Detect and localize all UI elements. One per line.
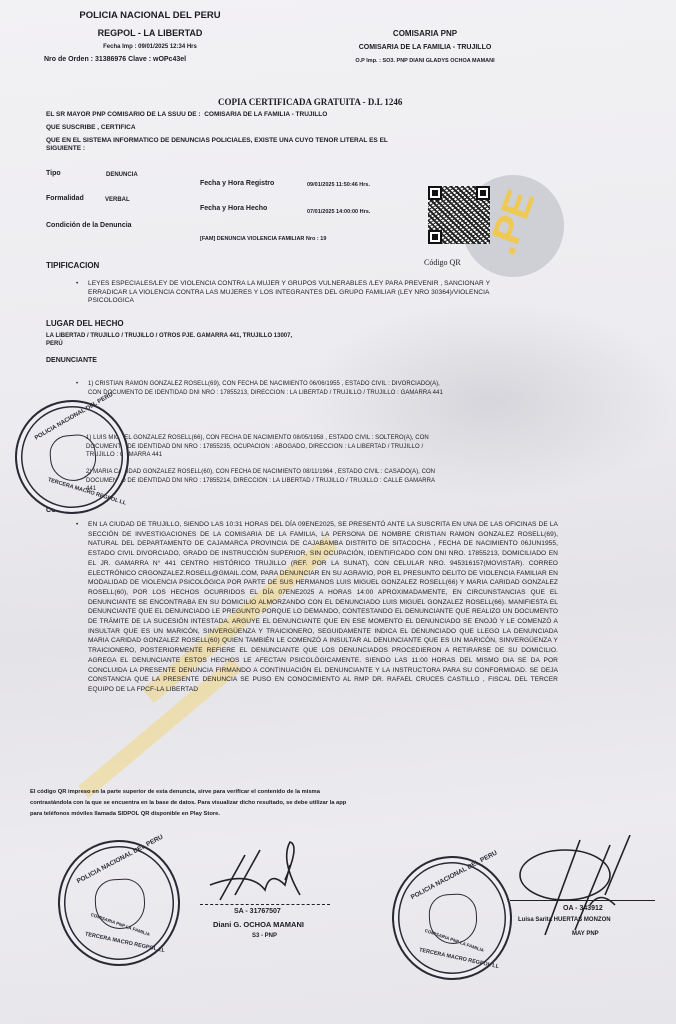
certificate-line1: EL SR MAYOR PNP COMISARIO DE LA SSUU DE … bbox=[46, 111, 327, 118]
tipo-value: DENUNCIA bbox=[106, 172, 138, 178]
police-stamp-left: POLICIA NACIONAL DEL PERU COMISARIA PNP … bbox=[55, 837, 183, 969]
stamp-text-bottom: TERCERA MACRO REGPOL LL bbox=[47, 477, 127, 507]
tipificacion-heading: TIPIFICACION bbox=[46, 261, 99, 270]
stamp-text-top: POLICIA NACIONAL DEL PERU bbox=[76, 834, 165, 886]
key-value: wOPc43el bbox=[153, 56, 186, 63]
header-region: REGPOL - LA LIBERTAD bbox=[0, 28, 300, 38]
formalidad-value: VERBAL bbox=[105, 197, 130, 203]
tipo-label: Tipo bbox=[46, 170, 61, 177]
stamp-text-bottom: TERCERA MACRO REGPOL LL bbox=[418, 947, 499, 970]
stamp-text-bottom: TERCERA MACRO REGPOL LL bbox=[84, 931, 165, 954]
registro-label: Fecha y Hora Registro bbox=[200, 180, 274, 187]
header-order: Nro de Orden : 31386976 Clave : wOPc43el bbox=[44, 56, 186, 63]
condicion-label: Condición de la Denuncia bbox=[46, 222, 132, 229]
certificate-line2: QUE SUSCRIBE , CERTIFICA bbox=[46, 124, 136, 131]
signature-right bbox=[505, 835, 665, 945]
order-number: 31386976 bbox=[95, 56, 126, 63]
contenido-text: EN LA CIUDAD DE TRUJILLO, SIENDO LAS 10:… bbox=[88, 520, 558, 695]
qr-note-line2: contrastándola con la que se encuentra e… bbox=[30, 800, 346, 806]
key-label: Clave : bbox=[128, 56, 151, 63]
police-stamp-right: POLICIA NACIONAL DEL PERU COMISARIA PNP … bbox=[389, 853, 515, 983]
signature-left-name: Diani G. OCHOA MAMANI bbox=[213, 920, 304, 929]
denunciado-item-2: 2) MARIA CARIDAD GONZALEZ ROSELL(60), CO… bbox=[86, 468, 446, 494]
order-label: Nro de Orden : bbox=[44, 56, 93, 63]
denunciante-heading: DENUNCIANTE bbox=[46, 357, 97, 364]
formalidad-label: Formalidad bbox=[46, 195, 84, 202]
signature-right-rank: MAY PNP bbox=[572, 931, 599, 937]
qr-note-line3: para teléfonos móviles llamada SIDPOL QR… bbox=[30, 811, 220, 817]
header-comisaria-sub: COMISARIA DE LA FAMILIA - TRUJILLO bbox=[290, 44, 560, 51]
certificate-title: COPIA CERTIFICADA GRATUITA - D.L 1246 bbox=[218, 97, 402, 107]
signature-left-rank: S3 - PNP bbox=[252, 933, 277, 939]
header-org: POLICIA NACIONAL DEL PERU bbox=[0, 10, 300, 21]
denunciado-item-1: 1) LUIS MIGUEL GONZALEZ ROSELL(66), CON … bbox=[86, 434, 446, 460]
signature-line-right bbox=[510, 900, 655, 901]
tipificacion-item: LEYES ESPECIALES/LEY DE VIOLENCIA CONTRA… bbox=[88, 280, 518, 306]
header-print-date: Fecha Imp : 09/01/2025 12:34 Hrs bbox=[0, 44, 300, 50]
signature-left bbox=[190, 840, 340, 910]
certificate-line3: QUE EN EL SISTEMA INFORMATICO DE DENUNCI… bbox=[46, 137, 388, 144]
lugar-line2: PERÚ bbox=[46, 341, 63, 347]
police-stamp-top: POLICIA NACIONAL DEL PERU TERCERA MACRO … bbox=[10, 395, 134, 519]
qr-note-line1: El código QR impreso en la parte superio… bbox=[30, 789, 320, 795]
certificate-line1-b: COMISARIA DE LA FAMILIA - TRUJILLO bbox=[204, 111, 327, 118]
hecho-label: Fecha y Hora Hecho bbox=[200, 205, 267, 212]
condicion-value: [FAM] DENUNCIA VIOLENCIA FAMILIAR Nro : … bbox=[200, 236, 326, 242]
header-operator: O.P Imp. : SO3. PNP DIANI GLADYS OCHOA M… bbox=[290, 58, 560, 64]
certificate-line1-a: EL SR MAYOR PNP COMISARIO DE LA SSUU DE … bbox=[46, 111, 201, 118]
denunciante-item: 1) CRISTIAN RAMON GONZALEZ ROSELL(69), C… bbox=[88, 380, 448, 397]
certificate-line4: SIGUIENTE : bbox=[46, 145, 85, 152]
signature-line-left bbox=[200, 904, 330, 905]
header-comisaria: COMISARIA PNP bbox=[290, 29, 560, 38]
hecho-value: 07/01/2025 14:00:00 Hrs. bbox=[307, 209, 370, 215]
qr-caption: Código QR bbox=[424, 258, 461, 267]
lugar-line1: LA LIBERTAD / TRUJILLO / TRUJILLO / OTRO… bbox=[46, 333, 292, 339]
registro-value: 09/01/2025 11:50:46 Hrs. bbox=[307, 182, 370, 188]
qr-code-icon bbox=[428, 186, 490, 244]
document-page: POLICIA NACIONAL DEL PERU REGPOL - LA LI… bbox=[0, 0, 676, 1024]
signature-right-name: Luisa Sarita HUERTAS MONZON bbox=[518, 917, 611, 923]
lugar-heading: LUGAR DEL HECHO bbox=[46, 319, 124, 328]
signature-left-id: SA - 31767507 bbox=[234, 908, 281, 915]
signature-right-id: OA - 343912 bbox=[563, 905, 603, 912]
